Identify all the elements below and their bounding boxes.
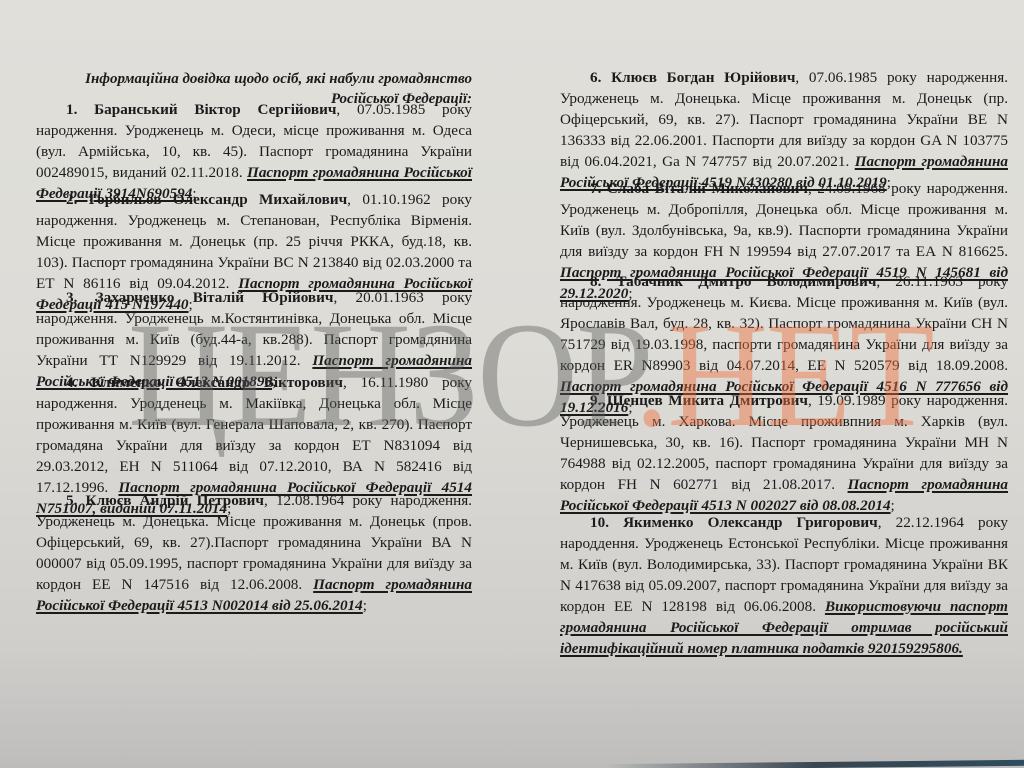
paper-shading (0, 648, 1024, 768)
person-name: 4. Клименко Олександр Вікторович (66, 374, 343, 391)
entry-10: 10. Якименко Олександр Григорович, 22.12… (560, 512, 1008, 659)
entry-end: ; (363, 597, 367, 614)
person-name: 10. Якименко Олександр Григорович (590, 514, 878, 531)
person-name: 5. Клюєв Андрій Петрович (66, 492, 264, 509)
entry-6: 6. Клюєв Богдан Юрійович, 07.06.1985 рок… (560, 67, 1008, 193)
desk-edge (604, 760, 1024, 768)
person-name: 6. Клюєв Богдан Юрійович (590, 69, 795, 86)
person-details: , 16.11.1980 року народження. Уродденець… (36, 374, 472, 496)
person-name: 7. Слаба Віталій Миколайович (590, 180, 808, 197)
person-name: 3. Захарченко Віталій Юрійович (66, 289, 333, 306)
entry-5: 5. Клюєв Андрій Петрович, 12.08.1964 рок… (36, 490, 472, 616)
person-name: 9. Шенцев Микита Дмитрович (590, 392, 808, 409)
person-name: 2. Горбильов Олександр Михайлович (66, 191, 347, 208)
person-name: 8. Табачник Дмитро Володимирович (590, 273, 876, 290)
entry-9: 9. Шенцев Микита Дмитрович, 19.09.1989 р… (560, 390, 1008, 516)
person-name: 1. Баранський Віктор Сергійович (66, 101, 336, 118)
